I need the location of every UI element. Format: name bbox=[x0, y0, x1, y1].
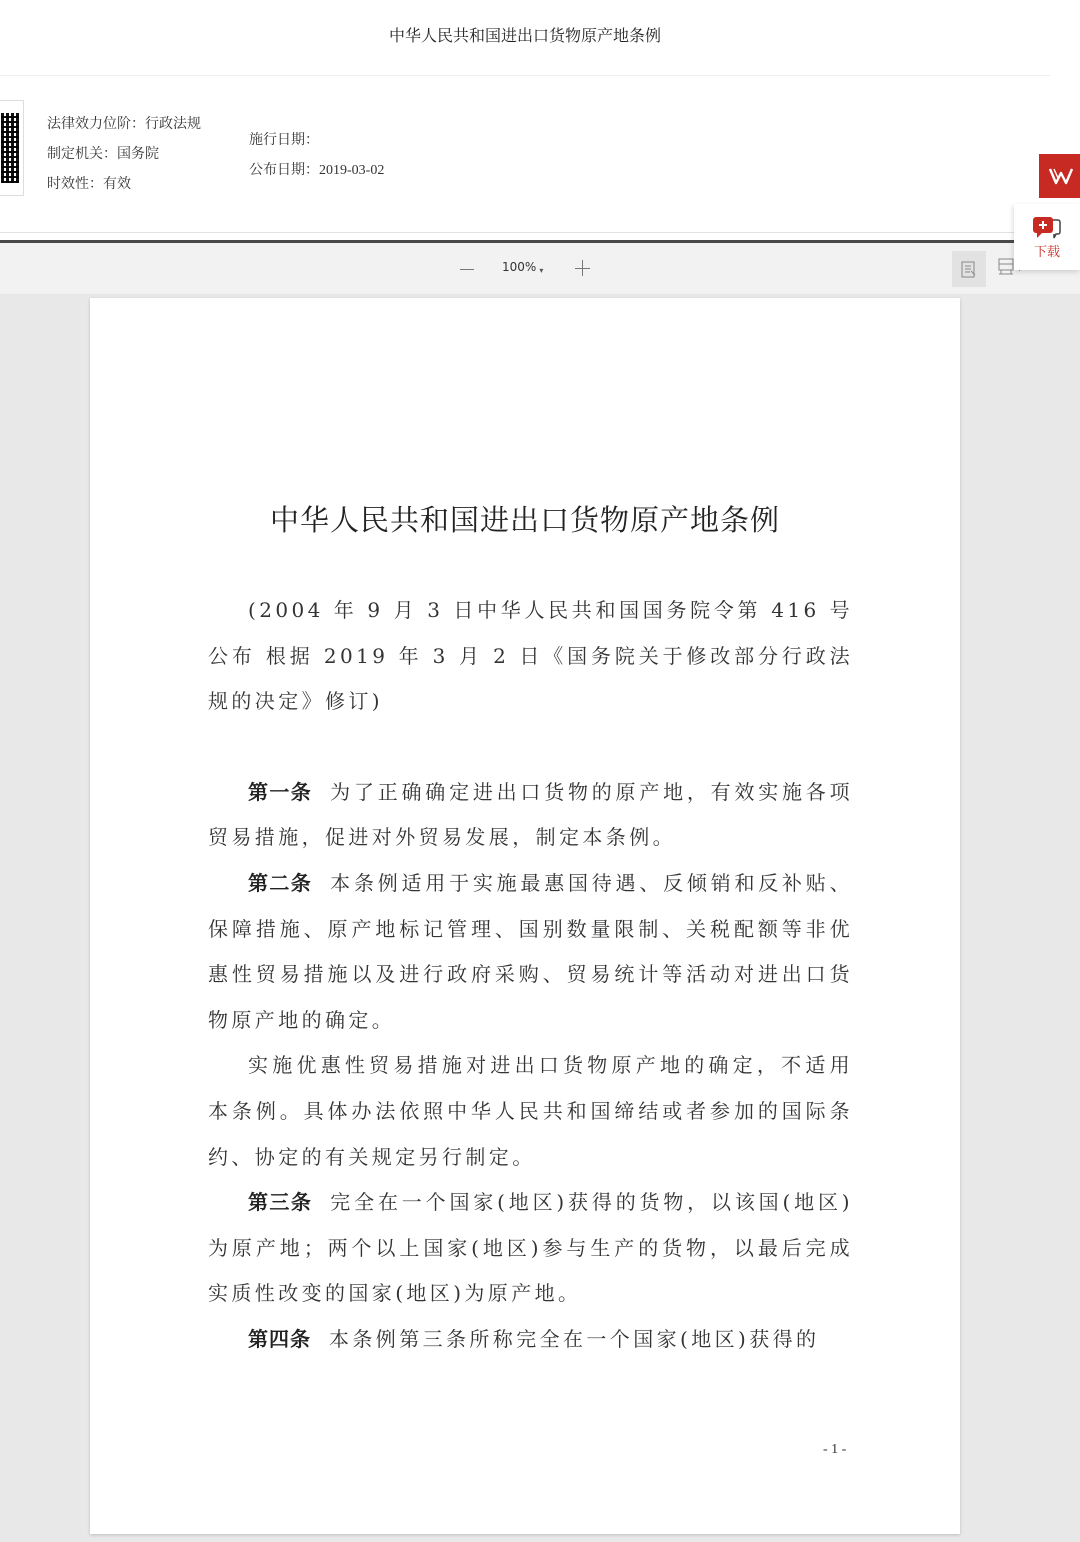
meta-effect-level: 法律效力位阶：行政法规 bbox=[47, 114, 201, 144]
article-paragraph: 第二条本条例适用于实施最惠国待遇、反倾销和反补贴、保障措施、原产地标记管理、国别… bbox=[208, 861, 853, 1043]
zoom-out-button[interactable] bbox=[458, 256, 478, 280]
document-page: 中华人民共和国进出口货物原产地条例 (2004 年 9 月 3 日中华人民共和国… bbox=[90, 298, 960, 1534]
divider bbox=[0, 232, 1045, 233]
meta-column-right: 施行日期： 公布日期：2019-03-02 bbox=[249, 130, 384, 190]
document-meta-panel: 法律效力位阶：行政法规 制定机关：国务院 时效性：有效 施行日期： 公布日期：2… bbox=[0, 76, 1080, 242]
chat-download-icon bbox=[1032, 216, 1062, 242]
zoom-level-dropdown[interactable]: 100%▾ bbox=[502, 260, 543, 275]
article-paragraph: 第三条完全在一个国家(地区)获得的货物，以该国(地区)为原产地；两个以上国家(地… bbox=[208, 1180, 853, 1317]
article-paragraph: 第四条本条例第三条所称完全在一个国家(地区)获得的 bbox=[208, 1317, 853, 1363]
download-button[interactable]: 下载 bbox=[1014, 204, 1080, 270]
meta-validity: 时效性：有效 bbox=[47, 174, 201, 204]
qr-code-icon[interactable] bbox=[0, 100, 24, 196]
wps-button[interactable] bbox=[1039, 154, 1080, 198]
viewer-toolbar: 100%▾ bbox=[0, 243, 1080, 295]
download-label: 下载 bbox=[1014, 241, 1080, 260]
article-number: 第三条 bbox=[248, 1190, 312, 1214]
page-title: 中华人民共和国进出口货物原产地条例 bbox=[90, 498, 960, 539]
chevron-down-icon: ▾ bbox=[539, 266, 543, 275]
article-number: 第二条 bbox=[248, 871, 312, 895]
article-paragraph: 第一条为了正确确定进出口货物的原产地，有效实施各项贸易措施，促进对外贸易发展，制… bbox=[208, 770, 853, 861]
article-paragraph: 实施优惠性贸易措施对进出口货物原产地的确定，不适用本条例。具体办法依照中华人民共… bbox=[208, 1043, 853, 1180]
document-viewer[interactable]: 中华人民共和国进出口货物原产地条例 (2004 年 9 月 3 日中华人民共和国… bbox=[0, 295, 1080, 1542]
reading-mode-icon bbox=[961, 261, 977, 278]
page-number: - 1 - bbox=[823, 1442, 846, 1458]
revision-note: (2004 年 9 月 3 日中华人民共和国国务院令第 416 号公布 根据 2… bbox=[208, 588, 853, 725]
meta-issuing-authority: 制定机关：国务院 bbox=[47, 144, 201, 174]
zoom-in-button[interactable] bbox=[574, 259, 592, 277]
meta-effective-date: 施行日期： bbox=[249, 130, 384, 160]
reading-mode-button[interactable] bbox=[952, 251, 986, 287]
wps-logo-icon bbox=[1049, 167, 1073, 185]
meta-column-left: 法律效力位阶：行政法规 制定机关：国务院 时效性：有效 bbox=[47, 114, 201, 204]
meta-publish-date: 公布日期：2019-03-02 bbox=[249, 160, 384, 190]
article-number: 第一条 bbox=[248, 780, 312, 804]
document-body: (2004 年 9 月 3 日中华人民共和国国务院令第 416 号公布 根据 2… bbox=[208, 588, 853, 1363]
article-number: 第四条 bbox=[248, 1327, 311, 1351]
document-header-title: 中华人民共和国进出口货物原产地条例 bbox=[0, 0, 1050, 76]
